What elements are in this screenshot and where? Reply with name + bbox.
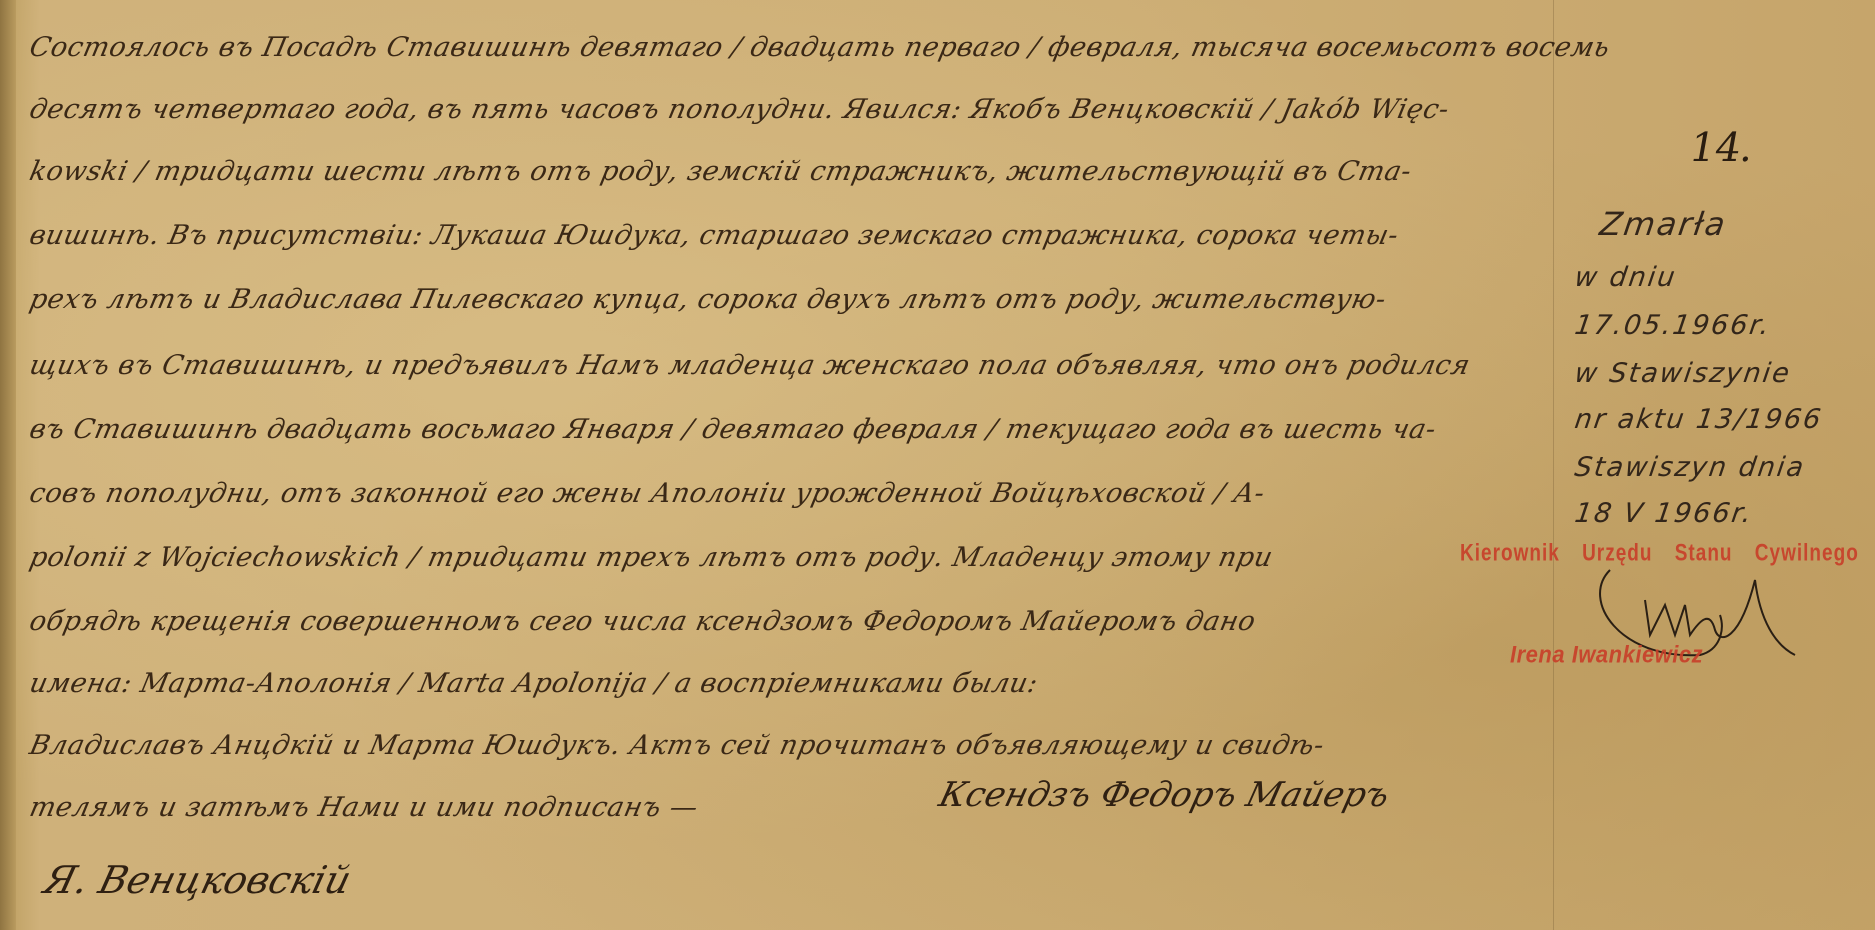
record-number: 14. (1686, 125, 1758, 171)
record-line-7: въ Ставишинѣ двадцать восьмаго Января / … (27, 414, 1439, 445)
record-line-13: телямъ и затѣмъ Нами и ими подписанъ — (27, 792, 701, 823)
record-line-9: polonii z Wojciechowskich / тридцати тре… (27, 542, 1276, 573)
margin-note-line-2: w dniu (1573, 262, 1679, 293)
margin-note-line-1: Zmarła (1597, 205, 1729, 243)
record-line-4: вишинѣ. Въ присутствіи: Лукаша Юшдука, с… (27, 220, 1402, 251)
margin-note-line-4: w Stawiszynie (1573, 358, 1793, 389)
page-binding-edge (0, 0, 16, 930)
record-line-1: Состоялось въ Посадѣ Ставишинѣ девятаго … (27, 32, 1613, 63)
margin-note-line-5: nr aktu 13/1966 (1573, 404, 1825, 435)
record-line-6: щихъ въ Ставишинѣ, и предъявилъ Намъ мла… (27, 350, 1473, 381)
record-line-10: обрядѣ крещенія совершенномъ сего числа … (27, 606, 1259, 637)
record-line-8: совъ пополудни, отъ законной его жены Ап… (27, 478, 1268, 509)
record-line-2: десятъ четвертаго года, въ пять часовъ п… (27, 94, 1452, 125)
margin-note-line-3: 17.05.1966r. (1573, 310, 1773, 341)
margin-note-line-7: 18 V 1966r. (1573, 498, 1755, 529)
document-page: Состоялось въ Посадѣ Ставишинѣ девятаго … (0, 0, 1875, 930)
record-line-11: имена: Марта-Аполонія / Marta Apolonija … (27, 668, 1041, 699)
record-line-3: kowski / тридцати шести лѣтъ отъ роду, з… (27, 156, 1415, 187)
declarant-signature: Я. Венцковскій (40, 858, 356, 902)
margin-rule (1553, 0, 1554, 930)
official-stamp-name: Irena Iwankiewicz (1510, 641, 1703, 670)
priest-signature: Ксендзъ Федоръ Майеръ (935, 775, 1394, 815)
margin-note-line-6: Stawiszyn dnia (1573, 452, 1807, 483)
record-line-12: Владиславъ Анцдкій и Марта Юшдукъ. Актъ … (27, 730, 1328, 761)
record-line-5: рехъ лѣтъ и Владислава Пилевскаго купца,… (27, 284, 1389, 315)
